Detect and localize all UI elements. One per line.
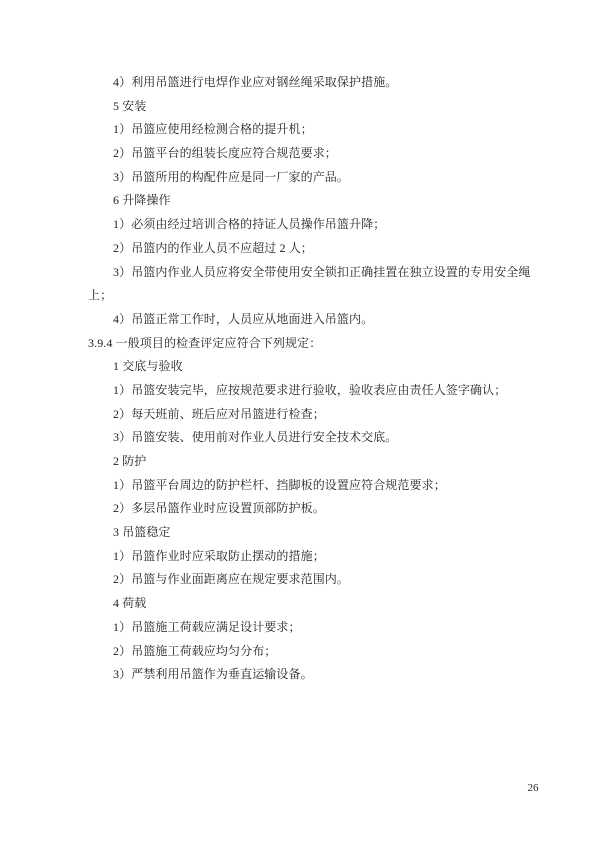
text-line: 3）吊篮所用的构配件应是同一厂家的产品。 bbox=[88, 166, 543, 190]
text-line: 2）每天班前、班后应对吊篮进行检查； bbox=[88, 403, 543, 427]
text-line: 1）必须由经过培训合格的持证人员操作吊篮升降； bbox=[88, 213, 543, 237]
text-line: 5 安装 bbox=[88, 95, 543, 119]
text-line: 2）吊篮平台的组装长度应符合规范要求； bbox=[88, 142, 543, 166]
text-line: 1）吊篮作业时应采取防止摆动的措施； bbox=[88, 545, 543, 569]
text-line: 1）吊篮施工荷载应满足设计要求； bbox=[88, 616, 543, 640]
text-line: 3 吊篮稳定 bbox=[88, 521, 543, 545]
text-line: 6 升降操作 bbox=[88, 189, 543, 213]
text-line: 上； bbox=[88, 284, 543, 308]
document-body: 4）利用吊篮进行电焊作业应对钢丝绳采取保护措施。5 安装1）吊篮应使用经检测合格… bbox=[88, 71, 543, 687]
text-line: 3）吊篮内作业人员应将安全带使用安全锁扣正确挂置在独立设置的专用安全绳 bbox=[88, 261, 543, 285]
text-line: 2）吊篮施工荷载应均匀分布； bbox=[88, 640, 543, 664]
text-line: 2 防护 bbox=[88, 450, 543, 474]
text-line: 4）吊篮正常工作时，人员应从地面进入吊篮内。 bbox=[88, 308, 543, 332]
text-line: 2）吊篮与作业面距离应在规定要求范围内。 bbox=[88, 568, 543, 592]
text-line: 4）利用吊篮进行电焊作业应对钢丝绳采取保护措施。 bbox=[88, 71, 543, 95]
text-line: 3.9.4 一般项目的检查评定应符合下列规定： bbox=[88, 332, 543, 356]
text-line: 2）多层吊篮作业时应设置顶部防护板。 bbox=[88, 497, 543, 521]
text-line: 4 荷载 bbox=[88, 592, 543, 616]
page-number: 26 bbox=[518, 782, 548, 794]
text-line: 3）吊篮安装、使用前对作业人员进行安全技术交底。 bbox=[88, 426, 543, 450]
text-line: 1 交底与验收 bbox=[88, 355, 543, 379]
text-line: 1）吊篮平台周边的防护栏杆、挡脚板的设置应符合规范要求； bbox=[88, 474, 543, 498]
text-line: 2）吊篮内的作业人员不应超过 2 人； bbox=[88, 237, 543, 261]
text-line: 3）严禁利用吊篮作为垂直运输设备。 bbox=[88, 663, 543, 687]
document-page: 4）利用吊篮进行电焊作业应对钢丝绳采取保护措施。5 安装1）吊篮应使用经检测合格… bbox=[0, 0, 600, 848]
text-line: 1）吊篮应使用经检测合格的提升机； bbox=[88, 118, 543, 142]
text-line: 1）吊篮安装完毕，应按规范要求进行验收，验收表应由责任人签字确认； bbox=[88, 379, 543, 403]
